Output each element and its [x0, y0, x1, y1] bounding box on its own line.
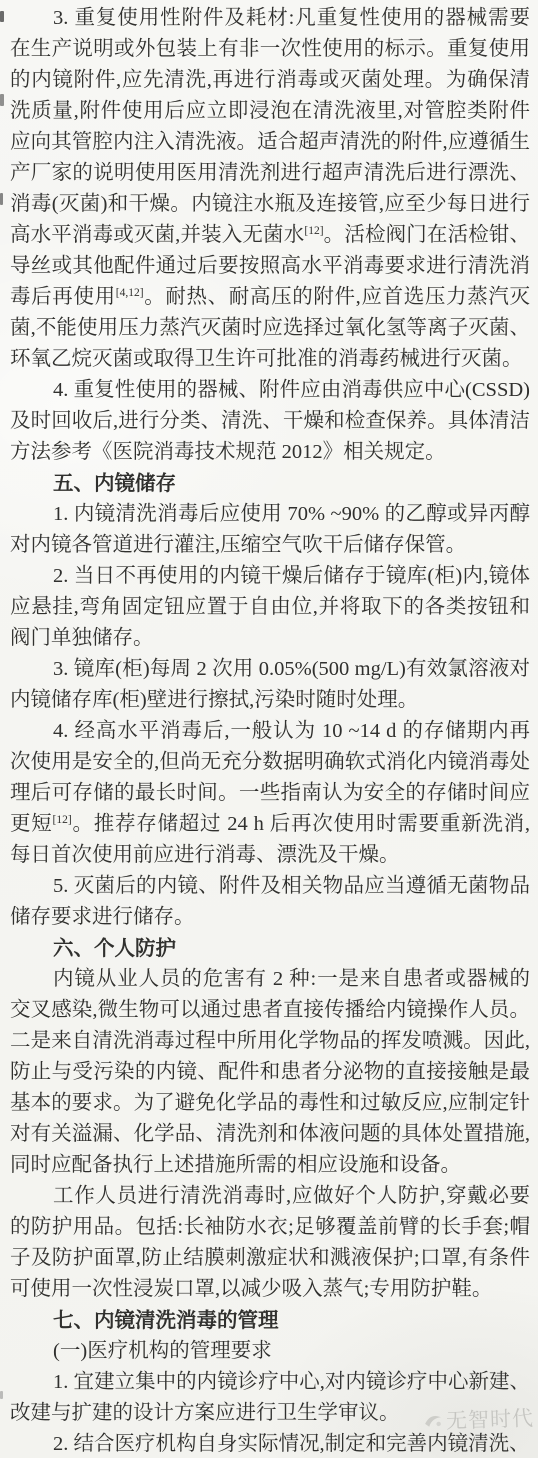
citation-superscript: [4,12]	[116, 287, 144, 299]
scan-edge-artifact	[0, 94, 4, 106]
scan-edge-artifact	[0, 193, 3, 205]
sub-section-heading: (一)医疗机构的管理要求	[10, 1336, 530, 1367]
body-paragraph: 内镜从业人员的危害有 2 种:一是来自患者或器械的交叉感染,微生物可以通过患者直…	[10, 964, 530, 1181]
body-paragraph: 2. 当日不再使用的内镜干燥后储存于镜库(柜)内,镜体应悬挂,弯角固定钮应置于自…	[10, 561, 530, 654]
body-paragraph: 2. 结合医疗机构自身实际情况,制定和完善内镜清洗、	[10, 1429, 530, 1458]
body-paragraph: 3. 重复使用性附件及耗材:凡重复性使用的器械需要在生产说明或外包装上有非一次性…	[10, 3, 530, 375]
scan-edge-artifact	[0, 11, 4, 22]
body-paragraph: 3. 镜库(柜)每周 2 次用 0.05%(500 mg/L)有效氯溶液对内镜储…	[10, 654, 530, 716]
body-paragraph: 工作人员进行清洗消毒时,应做好个人防护,穿戴必要的防护用品。包括:长袖防水衣;足…	[10, 1181, 530, 1305]
body-paragraph: 5. 灭菌后的内镜、附件及相关物品应当遵循无菌物品储存要求进行储存。	[10, 871, 530, 933]
article-text-column: 3. 重复使用性附件及耗材:凡重复性使用的器械需要在生产说明或外包装上有非一次性…	[10, 3, 530, 1458]
body-paragraph: 1. 内镜清洗消毒后应使用 70% ~90% 的乙醇或异丙醇对内镜各管道进行灌注…	[10, 499, 530, 561]
citation-superscript: [12]	[304, 225, 323, 237]
body-paragraph: 4. 经高水平消毒后,一般认为 10 ~14 d 的存储期内再次使用是安全的,但…	[10, 716, 530, 871]
scan-edge-artifact	[0, 1391, 3, 1399]
section-heading: 六、个人防护	[10, 933, 530, 964]
body-paragraph: 4. 重复性使用的器械、附件应由消毒供应中心(CSSD)及时回收后,进行分类、清…	[10, 375, 530, 468]
section-heading: 五、内镜储存	[10, 468, 530, 499]
scanned-article-page: 3. 重复使用性附件及耗材:凡重复性使用的器械需要在生产说明或外包装上有非一次性…	[0, 0, 538, 1458]
body-paragraph: 1. 宜建立集中的内镜诊疗中心,对内镜诊疗中心新建、改建与扩建的设计方案应进行卫…	[10, 1367, 530, 1429]
section-heading: 七、内镜清洗消毒的管理	[10, 1305, 530, 1336]
citation-superscript: [12]	[53, 814, 72, 826]
